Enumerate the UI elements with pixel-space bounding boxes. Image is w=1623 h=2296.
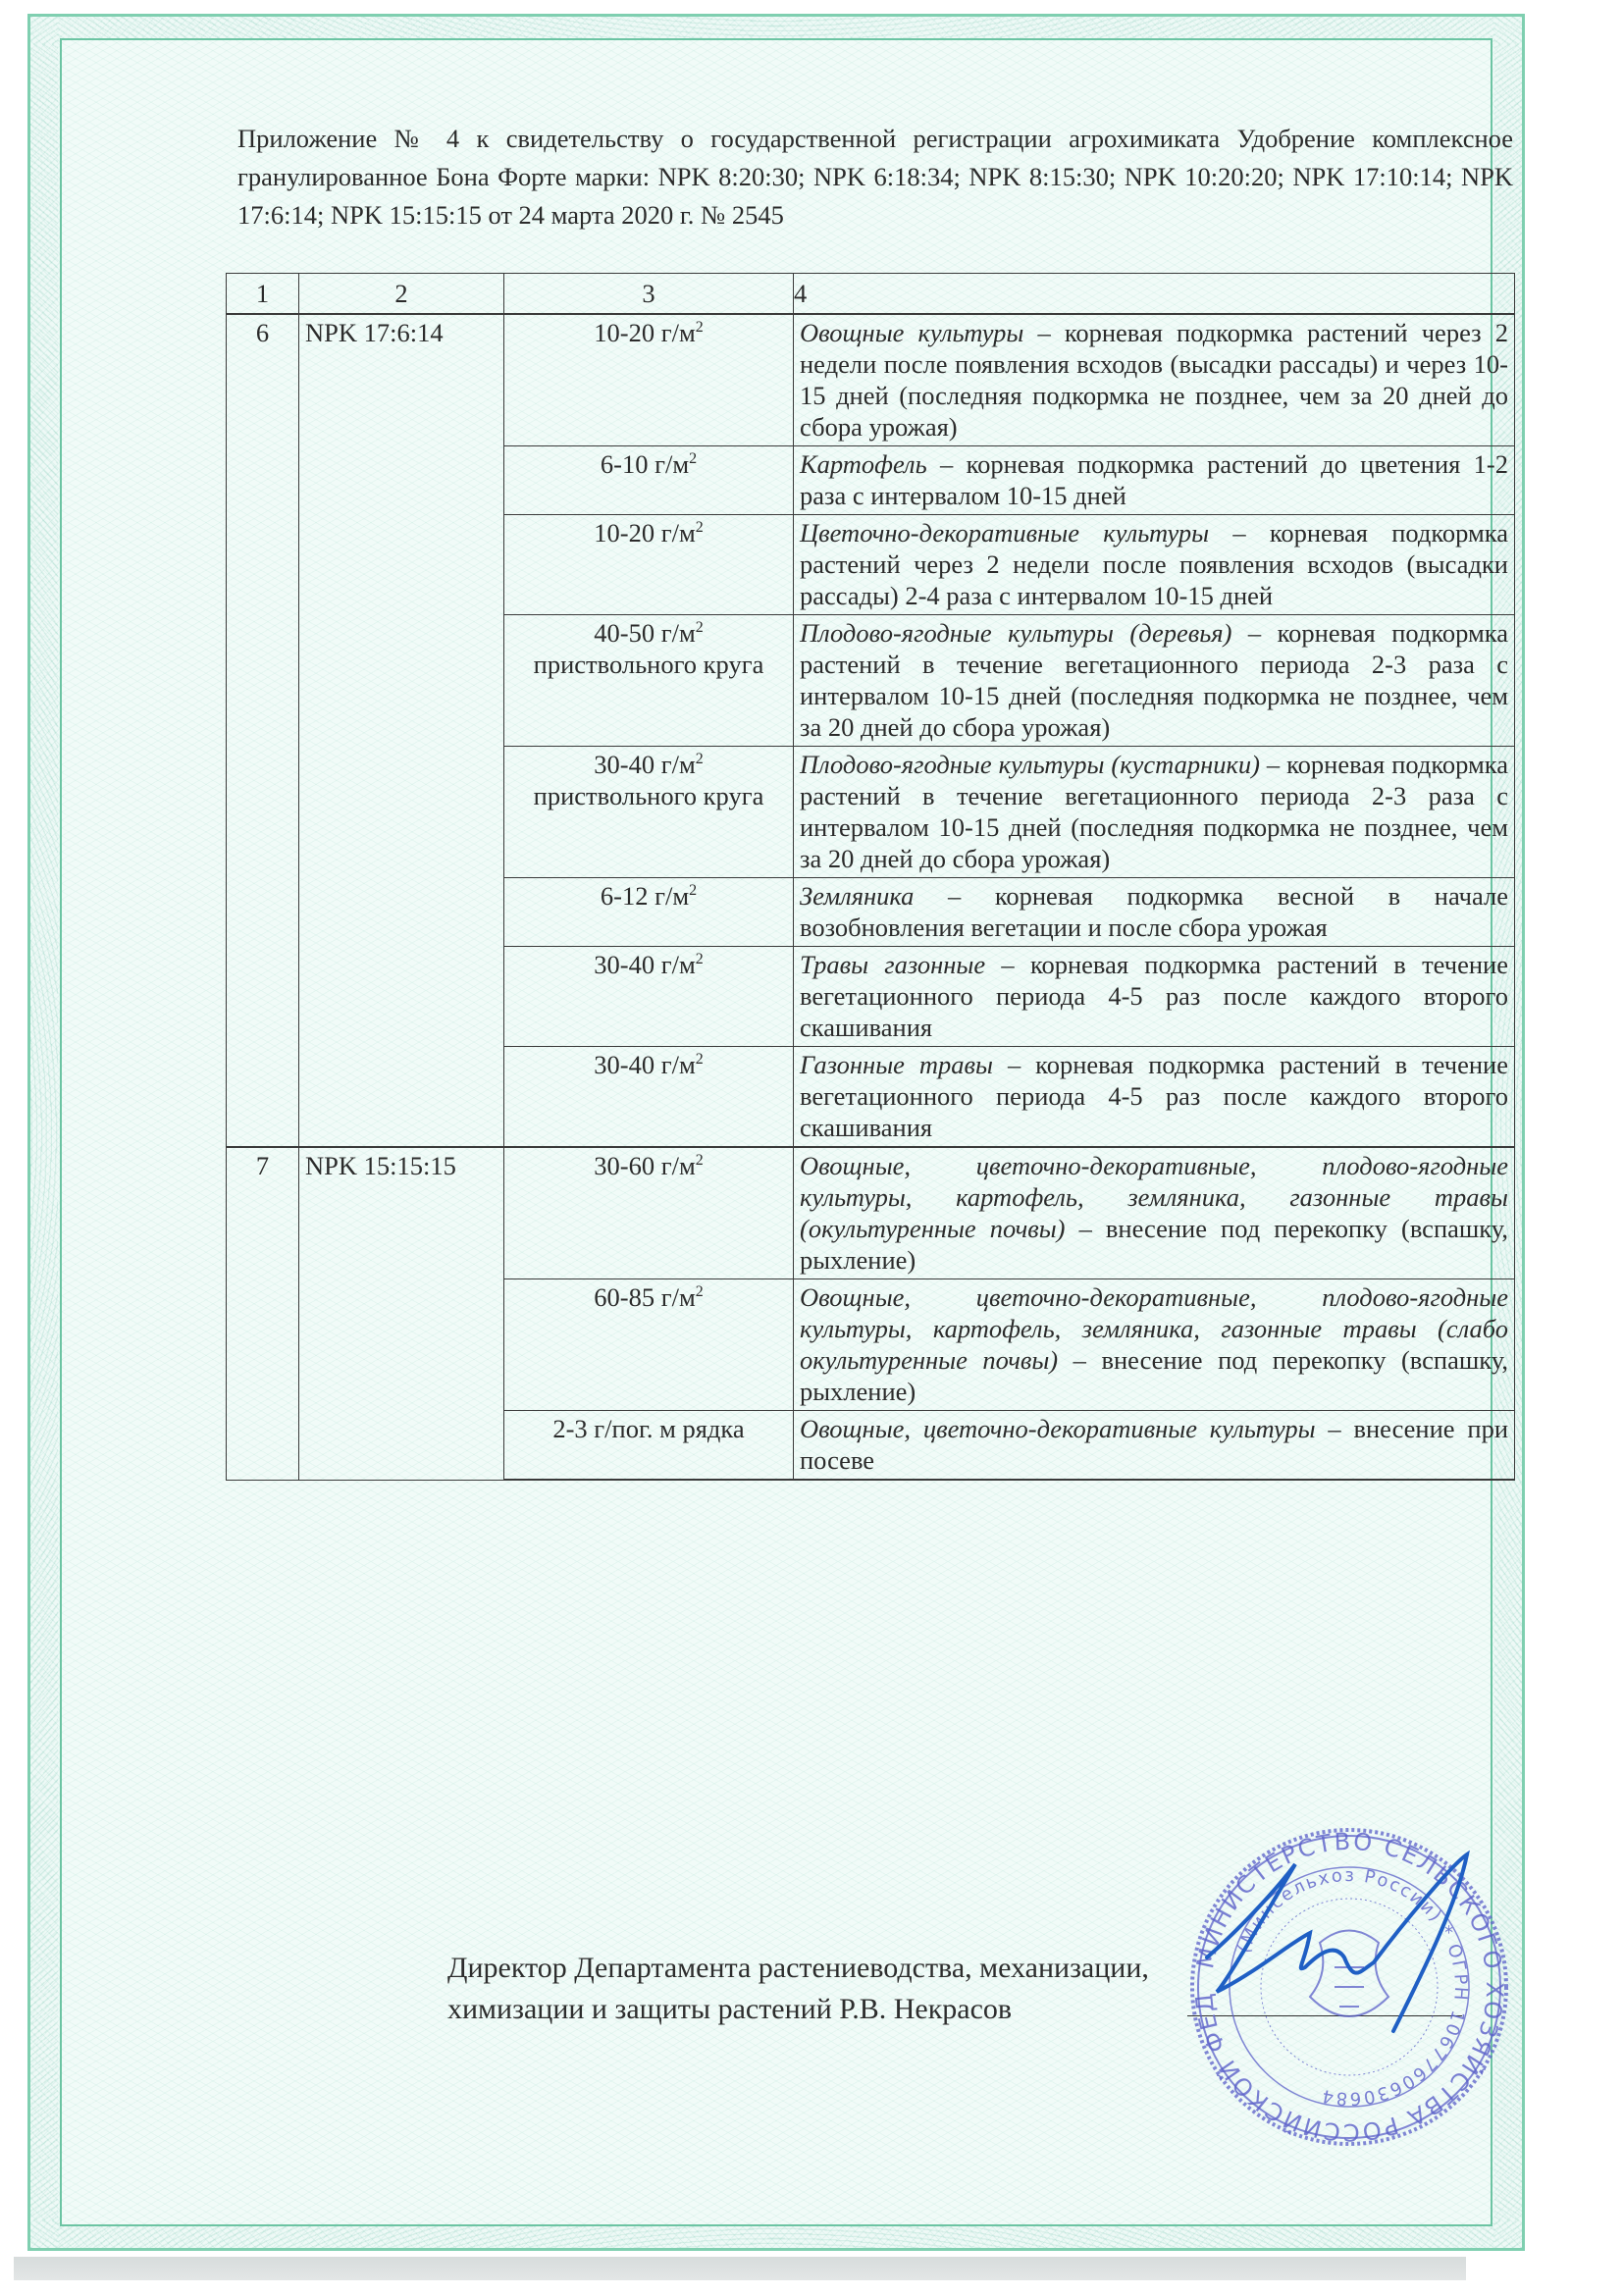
application-description: Картофель – корневая подкормка растений …	[794, 446, 1515, 515]
dose-value: 30-60 г/м	[594, 1151, 695, 1180]
application-dose: 30-60 г/м2	[504, 1147, 794, 1279]
dose-note: приствольного круга	[510, 780, 787, 811]
dose-unit-exponent: 2	[696, 1051, 704, 1068]
application-description: Плодово-ягодные культуры (кустарники) – …	[794, 747, 1515, 878]
application-description: Овощные, цветочно-декоративные культуры …	[794, 1411, 1515, 1481]
dose-unit-exponent: 2	[696, 951, 704, 967]
application-dose: 6-10 г/м2	[504, 446, 794, 515]
row-number: 7	[227, 1147, 299, 1480]
application-rates-table: 12346NPK 17:6:1410-20 г/м2Овощные культу…	[226, 273, 1515, 1481]
dose-unit-exponent: 2	[696, 1152, 704, 1169]
column-header: 3	[504, 274, 794, 315]
dose-unit-exponent: 2	[696, 1283, 704, 1300]
application-description: Земляника – корневая подкормка весной в …	[794, 878, 1515, 947]
row-number: 6	[227, 314, 299, 1147]
dose-unit-exponent: 2	[689, 450, 697, 467]
crop-name: Травы газонные	[800, 950, 985, 979]
dose-value: 10-20 г/м	[594, 318, 695, 347]
dose-unit-exponent: 2	[689, 882, 697, 899]
application-dose: 10-20 г/м2	[504, 314, 794, 446]
application-description: Овощные, цветочно-декоративные, плодово-…	[794, 1147, 1515, 1279]
document-header: Приложение № 4 к свидетельству о государ…	[237, 120, 1513, 235]
dose-unit-exponent: 2	[696, 619, 704, 636]
application-dose: 40-50 г/м2приствольного круга	[504, 615, 794, 747]
application-dose: 2-3 г/пог. м рядка	[504, 1411, 794, 1481]
crop-name: Овощные, цветочно-декоративные культуры	[800, 1414, 1316, 1443]
application-dose: 30-40 г/м2	[504, 1047, 794, 1148]
column-header: 1	[227, 274, 299, 315]
application-dose: 30-40 г/м2	[504, 947, 794, 1047]
crop-name: Газонные травы	[800, 1050, 993, 1079]
dose-value: 30-40 г/м	[594, 950, 695, 979]
application-dose: 6-12 г/м2	[504, 878, 794, 947]
dose-unit-exponent: 2	[696, 751, 704, 767]
crop-name: Земляника	[800, 881, 914, 911]
dose-unit-exponent: 2	[696, 519, 704, 536]
fertilizer-grade: NPK 15:15:15	[299, 1147, 504, 1480]
crop-name: Картофель	[800, 449, 927, 479]
application-dose: 10-20 г/м2	[504, 515, 794, 615]
application-description: Овощные культуры – корневая подкормка ра…	[794, 314, 1515, 446]
application-description: Травы газонные – корневая подкормка раст…	[794, 947, 1515, 1047]
dose-unit-exponent: 2	[696, 319, 704, 336]
official-seal-icon: МИНИСТЕРСТВО СЕЛЬСКОГО ХОЗЯЙСТВА РОССИЙС…	[1187, 1825, 1511, 2149]
column-header: 4	[794, 274, 1515, 315]
dose-value: 10-20 г/м	[594, 518, 695, 548]
dose-value: 30-40 г/м	[594, 750, 695, 779]
application-dose: 60-85 г/м2	[504, 1279, 794, 1411]
application-description: Плодово-ягодные культуры (деревья) – кор…	[794, 615, 1515, 747]
scan-edge-strip	[14, 2257, 1466, 2280]
dose-value: 30-40 г/м	[594, 1050, 695, 1079]
crop-name: Плодово-ягодные культуры (деревья)	[800, 618, 1231, 648]
dose-value: 6-10 г/м	[601, 449, 689, 479]
dose-value: 2-3 г/пог. м рядка	[552, 1414, 744, 1443]
dose-value: 40-50 г/м	[594, 618, 695, 648]
application-description: Цветочно-декоративные культуры – корнева…	[794, 515, 1515, 615]
table-row: 6NPK 17:6:1410-20 г/м2Овощные культуры –…	[227, 314, 1515, 446]
crop-name: Овощные культуры	[800, 318, 1023, 347]
crop-name: Плодово-ягодные культуры (кустарники)	[800, 750, 1260, 779]
table-row: 7NPK 15:15:1530-60 г/м2Овощные, цветочно…	[227, 1147, 1515, 1279]
application-description: Газонные травы – корневая подкормка раст…	[794, 1047, 1515, 1148]
application-description: Овощные, цветочно-декоративные, плодово-…	[794, 1279, 1515, 1411]
dose-note: приствольного круга	[510, 649, 787, 680]
fertilizer-grade: NPK 17:6:14	[299, 314, 504, 1147]
table-header-row: 1234	[227, 274, 1515, 315]
application-dose: 30-40 г/м2приствольного круга	[504, 747, 794, 878]
dose-value: 6-12 г/м	[601, 881, 689, 911]
column-header: 2	[299, 274, 504, 315]
crop-name: Цветочно-декоративные культуры	[800, 518, 1209, 548]
dose-value: 60-85 г/м	[594, 1282, 695, 1312]
